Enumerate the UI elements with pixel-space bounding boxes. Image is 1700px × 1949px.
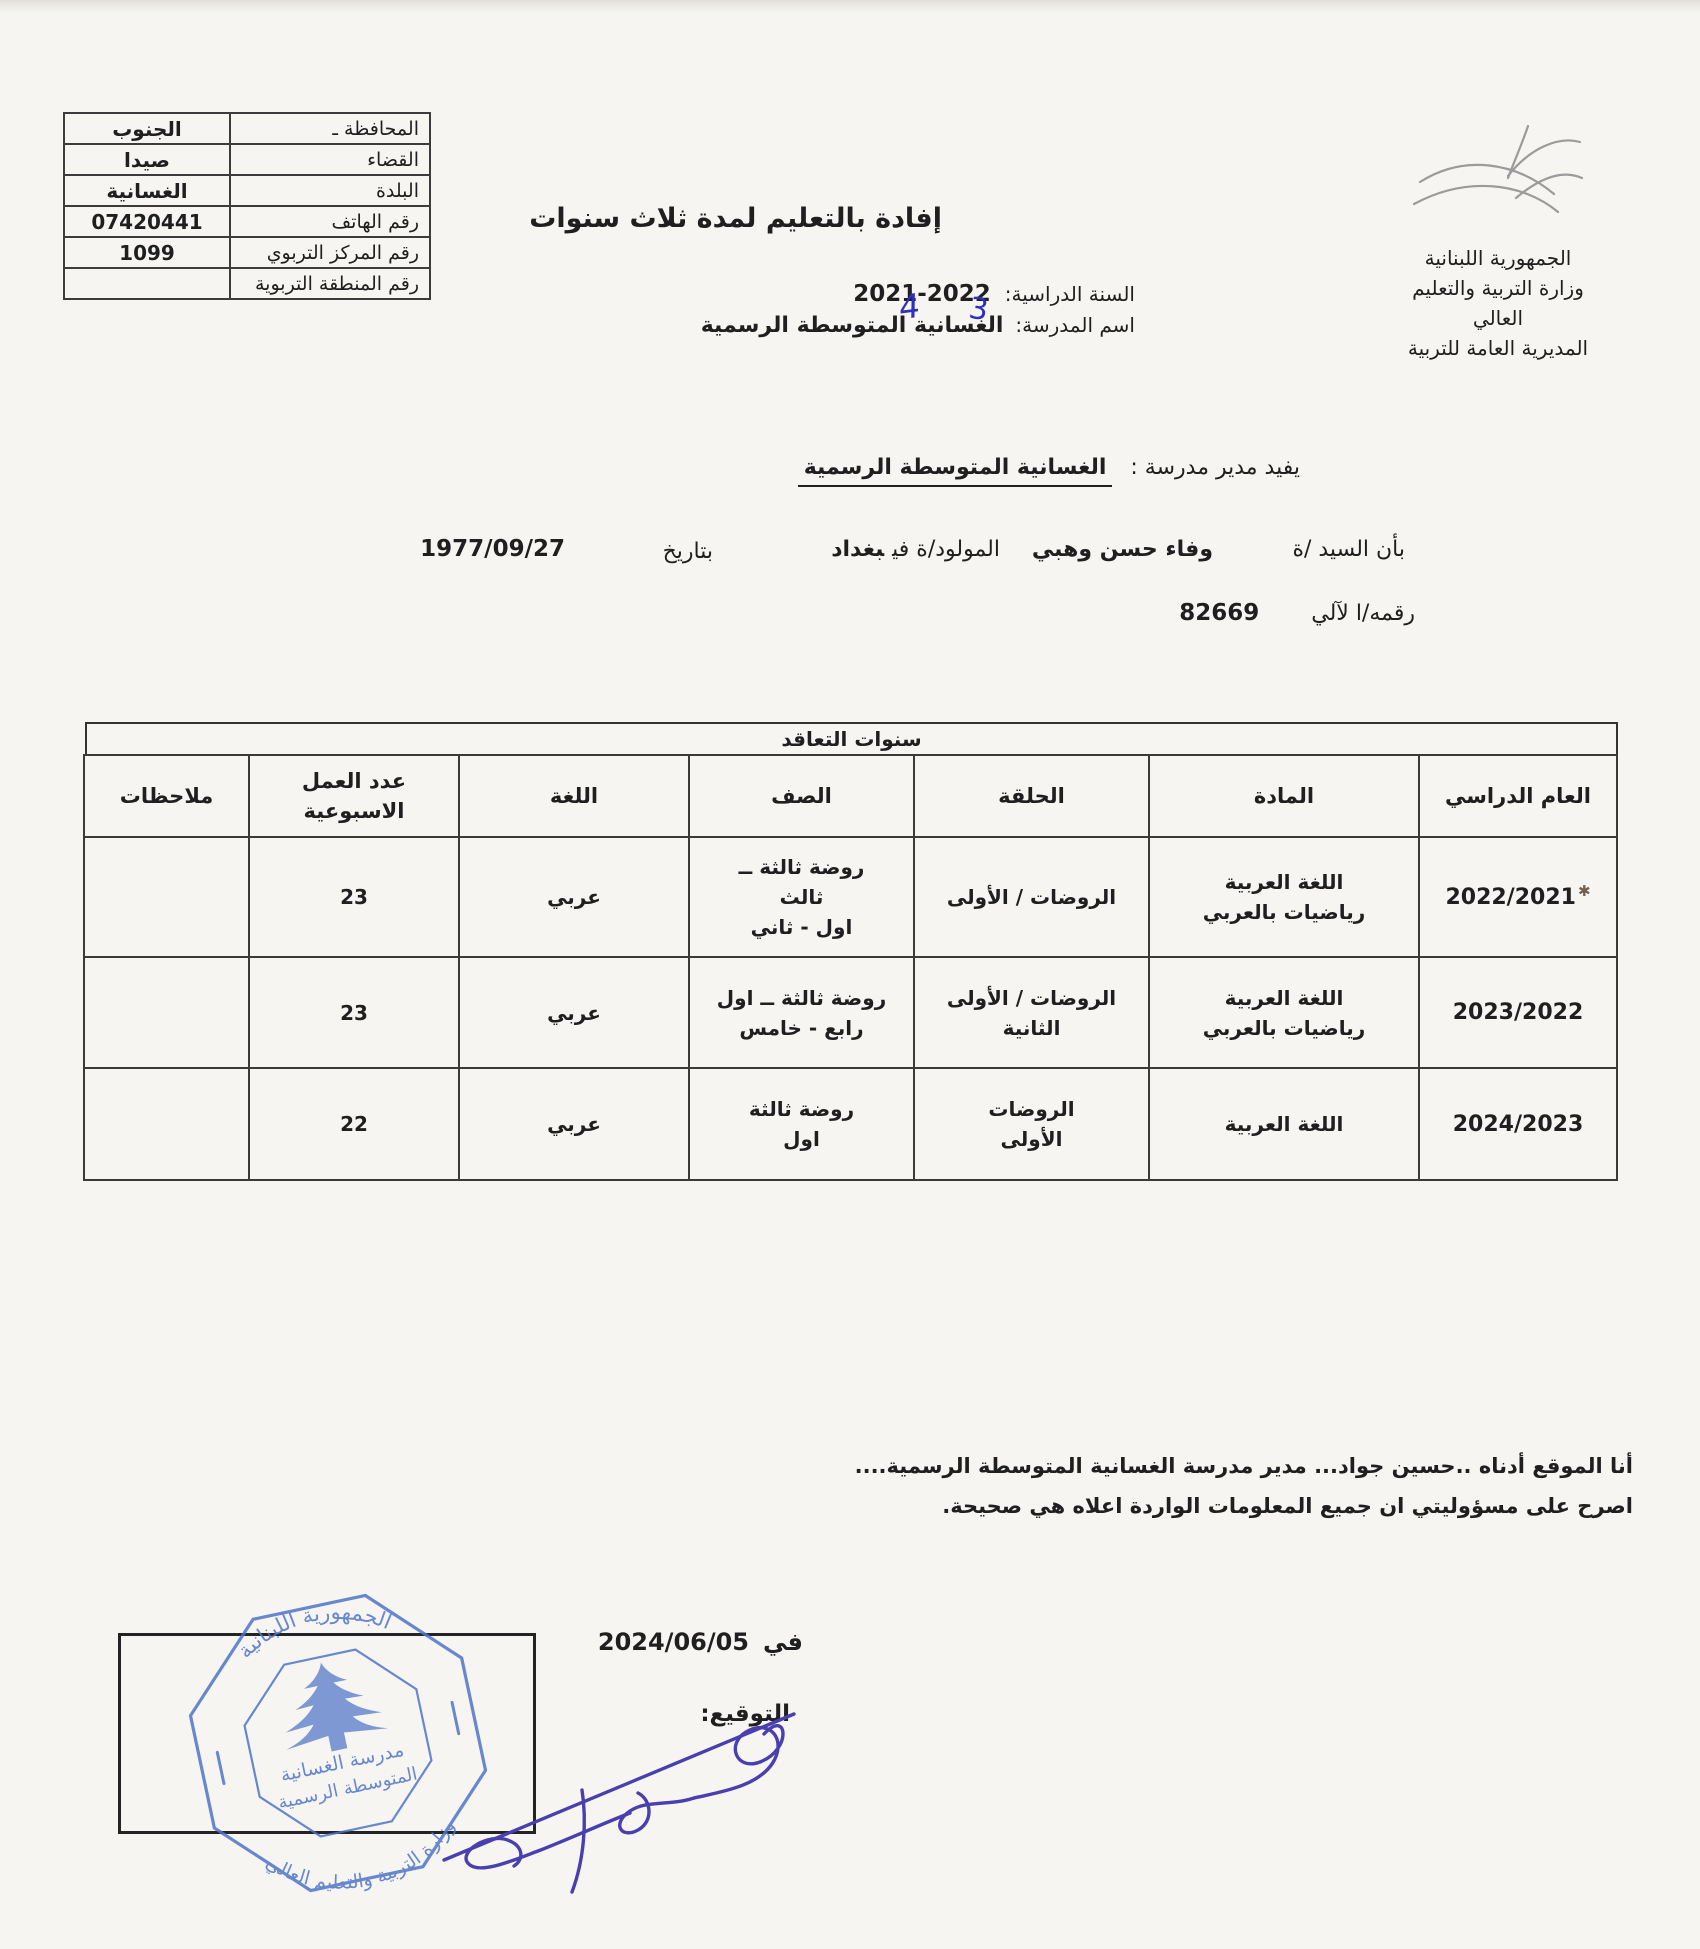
table-row: المحافظة ـ الجنوب: [64, 113, 430, 144]
birthdate-label: بتاريخ: [663, 539, 713, 564]
info-label-center-number: رقم المركز التربوي: [230, 237, 430, 268]
cell-year-1: ✱2022/2021: [1419, 837, 1617, 957]
cell-subject-2: اللغة العربية رياضيات بالعربي: [1149, 957, 1419, 1068]
info-label-educational-region: رقم المنطقة التربوية: [230, 268, 430, 299]
table-header-row: العام الدراسي المادة الحلقة الصف اللغة ع…: [84, 755, 1617, 837]
person-name: وفاء حسن وهبي: [1032, 537, 1213, 562]
stamp-ring-top-text: الجمهورية اللبنانية: [227, 1586, 399, 1666]
column-header-cycle: الحلقة: [914, 755, 1149, 837]
issue-date-line: في2024/06/05: [598, 1628, 803, 1656]
info-value-center-number: 1099: [64, 237, 230, 268]
region-info-table: المحافظة ـ الجنوب القضاء صيدا البلدة الغ…: [63, 112, 431, 300]
declaration-text: أنا الموقع أدناه ..حسين جواد... مدير مدر…: [855, 1446, 1633, 1526]
contract-years-table: سنوات التعاقد العام الدراسي المادة الحلق…: [85, 722, 1618, 1181]
birthplace-line: المولود/ة فيبغداد: [831, 537, 1000, 562]
declaration-line-1: أنا الموقع أدناه ..حسين جواد... مدير مدر…: [855, 1446, 1633, 1486]
table-row: رقم الهاتف 07420441: [64, 206, 430, 237]
certificate-title: إفادة بالتعليم لمدة ثلاث سنوات: [529, 203, 942, 234]
cell-cycle-2: الروضات / الأولى الثانية: [914, 957, 1149, 1068]
scanned-certificate-document: المحافظة ـ الجنوب القضاء صيدا البلدة الغ…: [0, 0, 1700, 1949]
handwritten-signature: [432, 1692, 807, 1907]
birthplace-label: المولود/ة في: [892, 537, 1000, 562]
info-value-educational-region: [64, 268, 230, 299]
cell-notes-1: [84, 837, 249, 957]
column-header-language: اللغة: [459, 755, 689, 837]
table-row: ✱2022/2021 اللغة العربية رياضيات بالعربي…: [84, 837, 1617, 957]
id-number-line: رقمه/ا لآلي82669: [1179, 600, 1415, 626]
svg-text:الجمهورية اللبنانية: الجمهورية اللبنانية: [227, 1586, 399, 1666]
column-header-school-year: العام الدراسي: [1419, 755, 1617, 837]
table-row: رقم المركز التربوي 1099: [64, 237, 430, 268]
column-header-notes: ملاحظات: [84, 755, 249, 837]
director-school-name: الغسانية المتوسطة الرسمية: [798, 455, 1113, 487]
school-year-label: السنة الدراسية:: [1005, 282, 1135, 306]
school-name-line: اسم المدرسة:الغسانية المتوسطة الرسمية: [701, 313, 1135, 338]
cell-language-2: عربي: [459, 957, 689, 1068]
table-row: القضاء صيدا: [64, 144, 430, 175]
info-value-district: صيدا: [64, 144, 230, 175]
ministry-line-directorate: المديرية العامة للتربية: [1398, 333, 1598, 363]
ministry-line-republic: الجمهورية اللبنانية: [1398, 243, 1598, 273]
cell-class-3: روضة ثالثة اول: [689, 1068, 914, 1180]
cell-cycle-1: الروضات / الأولى: [914, 837, 1149, 957]
cell-hours-3: 22: [249, 1068, 459, 1180]
info-value-town: الغسانية: [64, 175, 230, 206]
school-name-value: الغسانية المتوسطة الرسمية: [701, 313, 1004, 338]
cell-hours-1: 23: [249, 837, 459, 957]
cell-language-1: عربي: [459, 837, 689, 957]
column-header-weekly-hours: عدد العمل الاسبوعية: [249, 755, 459, 837]
cell-subject-3: اللغة العربية: [1149, 1068, 1419, 1180]
school-year-value: 2021-202243: [853, 281, 991, 307]
table-row: 2024/2023 اللغة العربية الروضات الأولى ر…: [84, 1068, 1617, 1180]
cell-year-3: 2024/2023: [1419, 1068, 1617, 1180]
cell-hours-2: 23: [249, 957, 459, 1068]
id-number-value: 82669: [1179, 600, 1259, 626]
info-label-phone: رقم الهاتف: [230, 206, 430, 237]
birthplace-value: بغداد: [831, 537, 884, 562]
ministry-logo-icon: [1412, 120, 1584, 228]
school-name-label: اسم المدرسة:: [1015, 313, 1135, 337]
cell-year-2: 2023/2022: [1419, 957, 1617, 1068]
person-label: بأن السيد /ة: [1292, 537, 1405, 562]
column-header-class: الصف: [689, 755, 914, 837]
table-row: 2023/2022 اللغة العربية رياضيات بالعربي …: [84, 957, 1617, 1068]
cell-class-2: روضة ثالثة ــ اول رابع - خامس: [689, 957, 914, 1068]
info-label-town: البلدة: [230, 175, 430, 206]
table-row: رقم المنطقة التربوية: [64, 268, 430, 299]
director-intro-line: يفيد مدير مدرسة :الغسانية المتوسطة الرسم…: [798, 455, 1300, 480]
info-value-phone: 07420441: [64, 206, 230, 237]
info-label-governorate: المحافظة ـ: [230, 113, 430, 144]
cell-class-1: روضة ثالثة ــ ثالث اول - ثاني: [689, 837, 914, 957]
id-number-label: رقمه/ا لآلي: [1311, 601, 1415, 626]
school-year-line: السنة الدراسية:2021-202243: [853, 281, 1135, 307]
ministry-line-ministry: وزارة التربية والتعليم العالي: [1398, 273, 1598, 333]
declaration-line-2: اصرح على مسؤوليتي ان جميع المعلومات الوا…: [855, 1486, 1633, 1526]
column-header-subject: المادة: [1149, 755, 1419, 837]
issue-date-value: 2024/06/05: [598, 1628, 749, 1656]
cell-notes-2: [84, 957, 249, 1068]
info-label-district: القضاء: [230, 144, 430, 175]
cell-cycle-3: الروضات الأولى: [914, 1068, 1149, 1180]
birthdate-value: 1977/09/27: [420, 536, 565, 562]
cell-language-3: عربي: [459, 1068, 689, 1180]
info-value-governorate: الجنوب: [64, 113, 230, 144]
contract-table-title: سنوات التعاقد: [85, 722, 1618, 754]
director-intro-label: يفيد مدير مدرسة :: [1130, 455, 1300, 480]
issue-date-label: في: [763, 1628, 803, 1656]
ink-mark: ✱: [1578, 882, 1591, 900]
cell-notes-3: [84, 1068, 249, 1180]
table-row: البلدة الغسانية: [64, 175, 430, 206]
cell-subject-1: اللغة العربية رياضيات بالعربي: [1149, 837, 1419, 957]
ministry-header: الجمهورية اللبنانية وزارة التربية والتعل…: [1398, 243, 1598, 363]
